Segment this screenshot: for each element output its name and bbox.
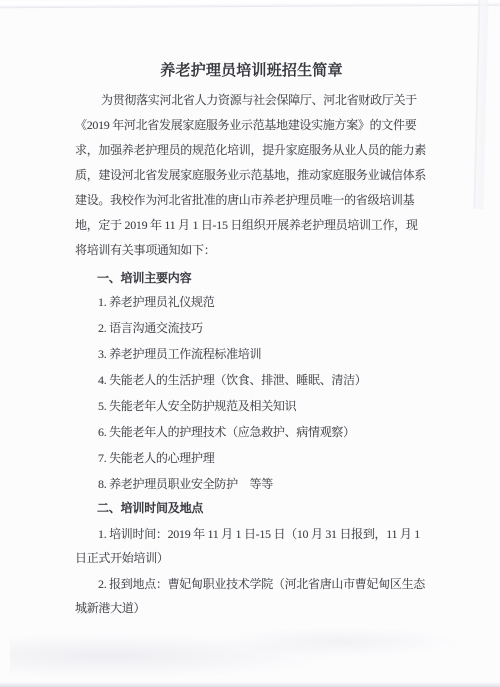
intro-line: 地，定于 2019 年 11 月 1 日-15 日组织开展养老护理员培训工作，现 bbox=[75, 213, 428, 238]
section2-heading: 二、培训时间及地点 bbox=[97, 498, 428, 518]
list-item: 6. 失能老年人的护理技术（应急救护、病情观察） bbox=[98, 419, 428, 445]
scan-bottom-edge bbox=[0, 682, 500, 687]
intro-line: 质，建设河北省发展家庭服务业示范基地，推动家庭服务业诚信体系 bbox=[75, 163, 428, 188]
list-item: 5. 失能老年人安全防护规范及相关知识 bbox=[98, 393, 428, 419]
scanned-document-page: 养老护理员培训班招生简章 为贯彻落实河北省人力资源与社会保障厅、河北省财政厅关于… bbox=[0, 0, 500, 687]
report-location-line: 城新港大道） bbox=[75, 597, 428, 621]
list-item: 1. 养老护理员礼仪规范 bbox=[98, 289, 428, 315]
intro-line: 建设。我校作为河北省批准的唐山市养老护理员唯一的省级培训基 bbox=[75, 188, 428, 213]
list-item: 3. 养老护理员工作流程标准培训 bbox=[98, 341, 428, 367]
scan-right-edge bbox=[473, 0, 488, 209]
report-location-line: 2. 报到地点：曹妃甸职业技术学院（河北省唐山市曹妃甸区生态 bbox=[98, 573, 428, 597]
intro-line: 将培训有关事项通知如下： bbox=[75, 238, 428, 263]
training-content-list: 1. 养老护理员礼仪规范 2. 语言沟通交流技巧 3. 养老护理员工作流程标准培… bbox=[75, 289, 428, 497]
training-time-line: 日正式开始培训） bbox=[75, 547, 428, 571]
intro-line: 《2019 年河北省发展家庭服务业示范基地建设实施方案》的文件要 bbox=[75, 113, 428, 138]
document-title: 养老护理员培训班招生简章 bbox=[75, 61, 428, 81]
list-item: 7. 失能老人的心理护理 bbox=[98, 445, 428, 471]
report-location-item: 2. 报到地点：曹妃甸职业技术学院（河北省唐山市曹妃甸区生态 城新港大道） bbox=[75, 573, 428, 620]
intro-paragraph: 为贯彻落实河北省人力资源与社会保障厅、河北省财政厅关于 《2019 年河北省发展… bbox=[75, 88, 428, 263]
intro-line: 求，加强养老护理员的规范化培训，提升家庭服务从业人员的能力素 bbox=[75, 138, 428, 163]
training-time-item: 1. 培训时间：2019 年 11 月 1 日-15 日（10 月 31 日报到… bbox=[75, 523, 428, 570]
document-content: 养老护理员培训班招生简章 为贯彻落实河北省人力资源与社会保障厅、河北省财政厅关于… bbox=[75, 0, 428, 620]
section1-heading: 一、培训主要内容 bbox=[97, 268, 428, 288]
list-item: 4. 失能老人的生活护理（饮食、排泄、睡眠、清洁） bbox=[98, 367, 428, 393]
intro-line: 为贯彻落实河北省人力资源与社会保障厅、河北省财政厅关于 bbox=[75, 88, 428, 113]
scan-smudge bbox=[220, 627, 460, 657]
training-time-line: 1. 培训时间：2019 年 11 月 1 日-15 日（10 月 31 日报到… bbox=[98, 523, 428, 547]
list-item: 2. 语言沟通交流技巧 bbox=[98, 315, 428, 341]
list-item: 8. 养老护理员职业安全防护 等等 bbox=[98, 471, 428, 497]
